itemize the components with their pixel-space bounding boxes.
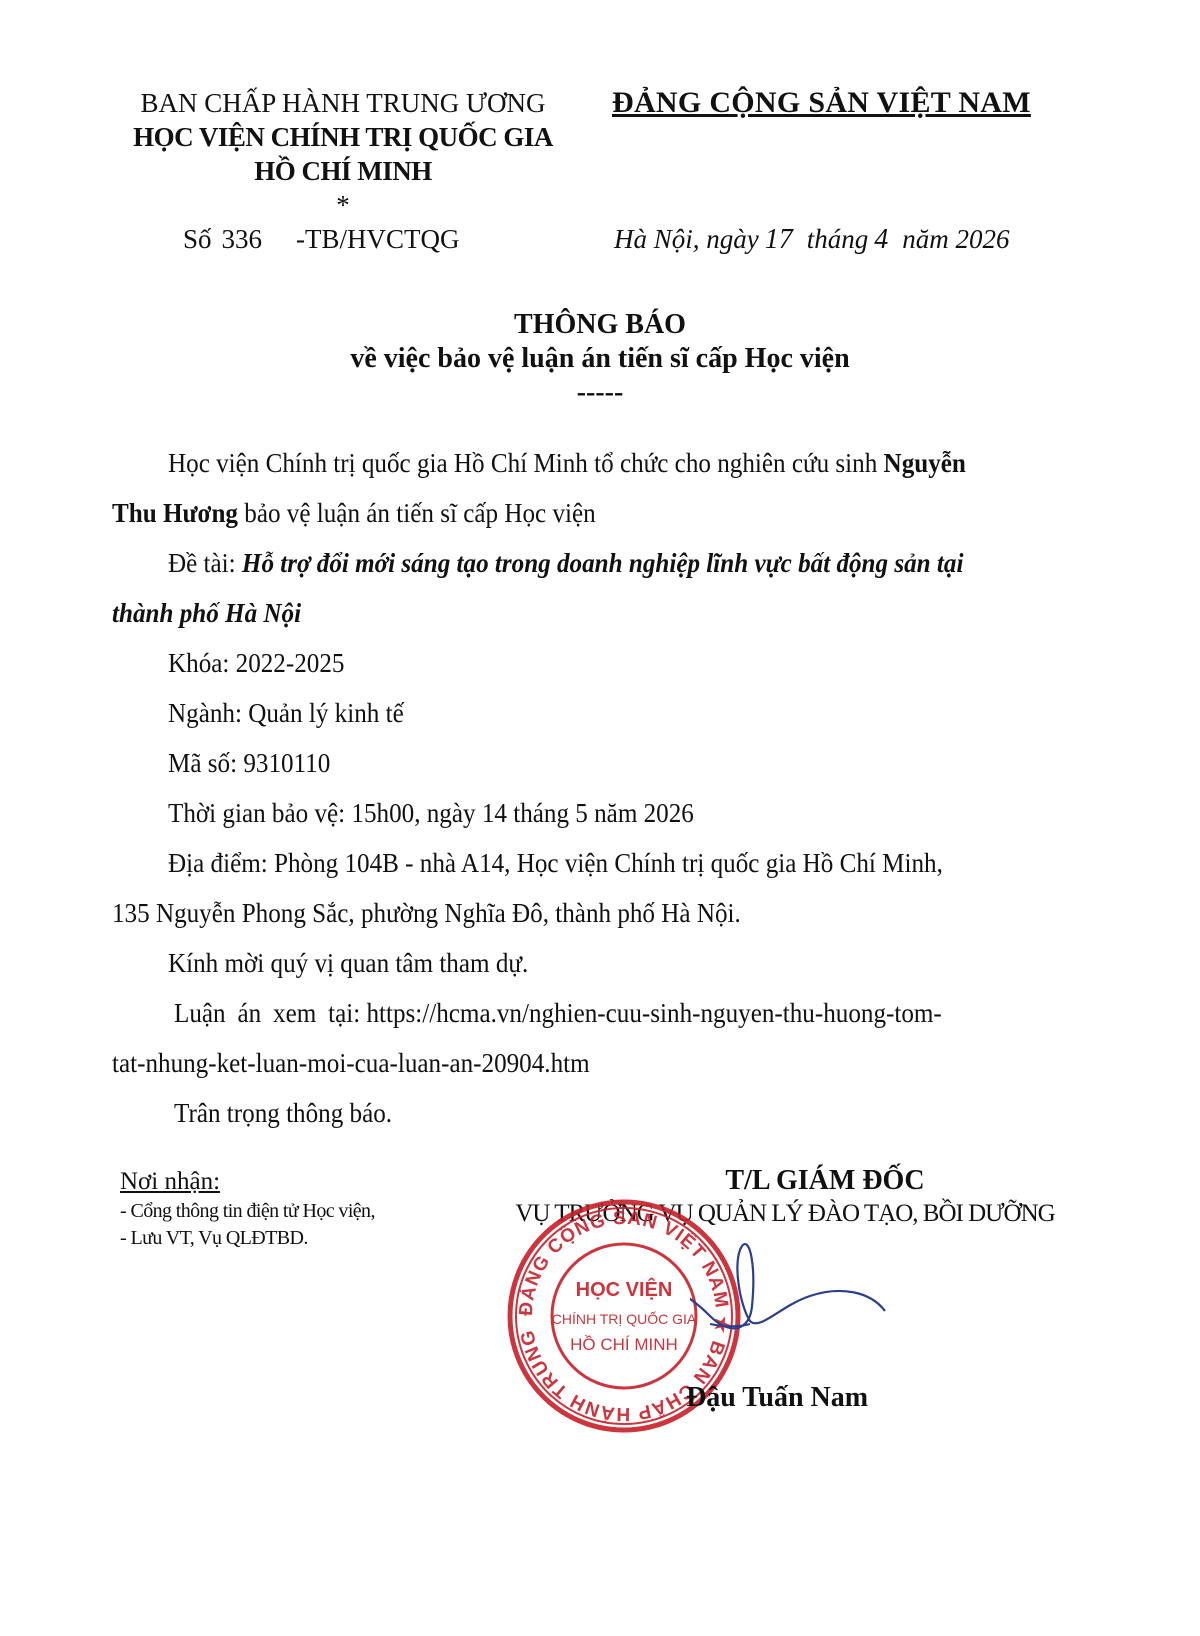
signatory-authority: T/L GIÁM ĐỐC [490, 1164, 1080, 1198]
topic-line-2: thành phố Hà Nội [112, 588, 1072, 638]
thesis-url-2[interactable]: tat-nhung-ket-luan-moi-cua-luan-an-20904… [112, 1038, 590, 1088]
closing-line: Trân trọng thông báo. [112, 1088, 1072, 1138]
time-text: Thời gian bảo vệ: 15h00, ngày 14 tháng 5… [168, 788, 694, 838]
location-text: Địa điểm: Phòng 104B - nhà A14, Học viện… [168, 838, 943, 888]
topic-title-2: thành phố Hà Nội [112, 598, 301, 628]
date-day: 17 [765, 224, 793, 255]
svg-text:HỌC VIỆN: HỌC VIỆN [576, 1277, 673, 1301]
recipients-block: Nơi nhận: - Cổng thông tin điện tử Học v… [120, 1166, 375, 1252]
major-text: Ngành: Quản lý kinh tế [168, 688, 404, 738]
intro-line-2: Thu Hương bảo vệ luận án tiến sĩ cấp Học… [112, 488, 1072, 538]
authority-name-2: HỒ CHÍ MINH [108, 154, 578, 188]
number-prefix: Số [183, 224, 212, 254]
thesis-label: Luận án xem tại: [174, 998, 360, 1028]
topic-line-1: Đề tài: Hỗ trợ đổi mới sáng tạo trong do… [112, 538, 1072, 588]
code-line: Mã số: 9310110 [112, 738, 1072, 788]
thesis-line-2: tat-nhung-ket-luan-moi-cua-luan-an-20904… [112, 1038, 1072, 1088]
handwritten-signature-icon [690, 1236, 890, 1346]
code-text: Mã số: 9310110 [168, 738, 330, 788]
location-line-2: 135 Nguyễn Phong Sắc, phường Nghĩa Đô, t… [112, 888, 1072, 938]
topic-label: Đề tài: [168, 548, 236, 578]
recipient-item: - Lưu VT, Vụ QLĐTBD. [120, 1225, 375, 1252]
candidate-name-2: Thu Hương [112, 498, 238, 528]
location-text-2: 135 Nguyễn Phong Sắc, phường Nghĩa Đô, t… [112, 888, 741, 938]
intro-suffix: bảo vệ luận án tiến sĩ cấp Học viện [244, 498, 595, 528]
invitation-line: Kính mời quý vị quan tâm tham dự. [112, 938, 1072, 988]
thesis-line-1: Luận án xem tại: https://hcma.vn/nghien-… [112, 988, 1072, 1038]
date-year: năm 2026 [902, 224, 1009, 254]
number-value: 336 [222, 224, 263, 254]
document-body: Học viện Chính trị quốc gia Hồ Chí Minh … [112, 438, 1072, 1138]
topic-title: Hỗ trợ đổi mới sáng tạo trong doanh nghi… [242, 548, 964, 578]
date-month: 4 [874, 224, 888, 255]
title-subtitle: về việc bảo vệ luận án tiến sĩ cấp Học v… [0, 342, 1200, 376]
major-line: Ngành: Quản lý kinh tế [112, 688, 1072, 738]
issue-date: Hà Nội, ngày17tháng4năm 2026 [614, 224, 1010, 256]
svg-text:HỒ CHÍ MINH: HỒ CHÍ MINH [570, 1335, 678, 1354]
issuing-authority: BAN CHẤP HÀNH TRUNG ƯƠNG HỌC VIỆN CHÍNH … [108, 86, 578, 222]
time-line: Thời gian bảo vệ: 15h00, ngày 14 tháng 5… [112, 788, 1072, 838]
invitation-text: Kính mời quý vị quan tâm tham dự. [168, 938, 528, 988]
location-line-1: Địa điểm: Phòng 104B - nhà A14, Học viện… [112, 838, 1072, 888]
course-text: Khóa: 2022-2025 [168, 638, 344, 688]
course-line: Khóa: 2022-2025 [112, 638, 1072, 688]
authority-name: HỌC VIỆN CHÍNH TRỊ QUỐC GIA [108, 120, 578, 154]
party-heading: ĐẢNG CỘNG SẢN VIỆT NAM [612, 86, 1031, 120]
intro-text: Học viện Chính trị quốc gia Hồ Chí Minh … [168, 448, 877, 478]
recipients-heading: Nơi nhận: [120, 1166, 375, 1198]
candidate-name: Nguyễn [884, 448, 966, 478]
svg-text:CHÍNH TRỊ QUỐC GIA: CHÍNH TRỊ QUỐC GIA [552, 1310, 697, 1327]
document-number: Số336-TB/HVCTQG [183, 224, 460, 255]
intro-line-1: Học viện Chính trị quốc gia Hồ Chí Minh … [112, 438, 1072, 488]
title-divider: ----- [0, 376, 1200, 410]
date-month-label: tháng [807, 224, 869, 254]
closing-text: Trân trọng thông báo. [174, 1088, 392, 1138]
authority-parent: BAN CHẤP HÀNH TRUNG ƯƠNG [108, 86, 578, 120]
star-separator: * [108, 188, 578, 222]
document-title: THÔNG BÁO về việc bảo vệ luận án tiến sĩ… [0, 308, 1200, 410]
number-suffix: -TB/HVCTQG [296, 224, 460, 254]
date-place: Hà Nội, ngày [614, 224, 759, 254]
signer-name: Đậu Tuấn Nam [686, 1382, 868, 1414]
recipient-item: - Cổng thông tin điện tử Học viện, [120, 1198, 375, 1225]
thesis-url[interactable]: https://hcma.vn/nghien-cuu-sinh-nguyen-t… [366, 998, 941, 1028]
title-main: THÔNG BÁO [0, 308, 1200, 342]
